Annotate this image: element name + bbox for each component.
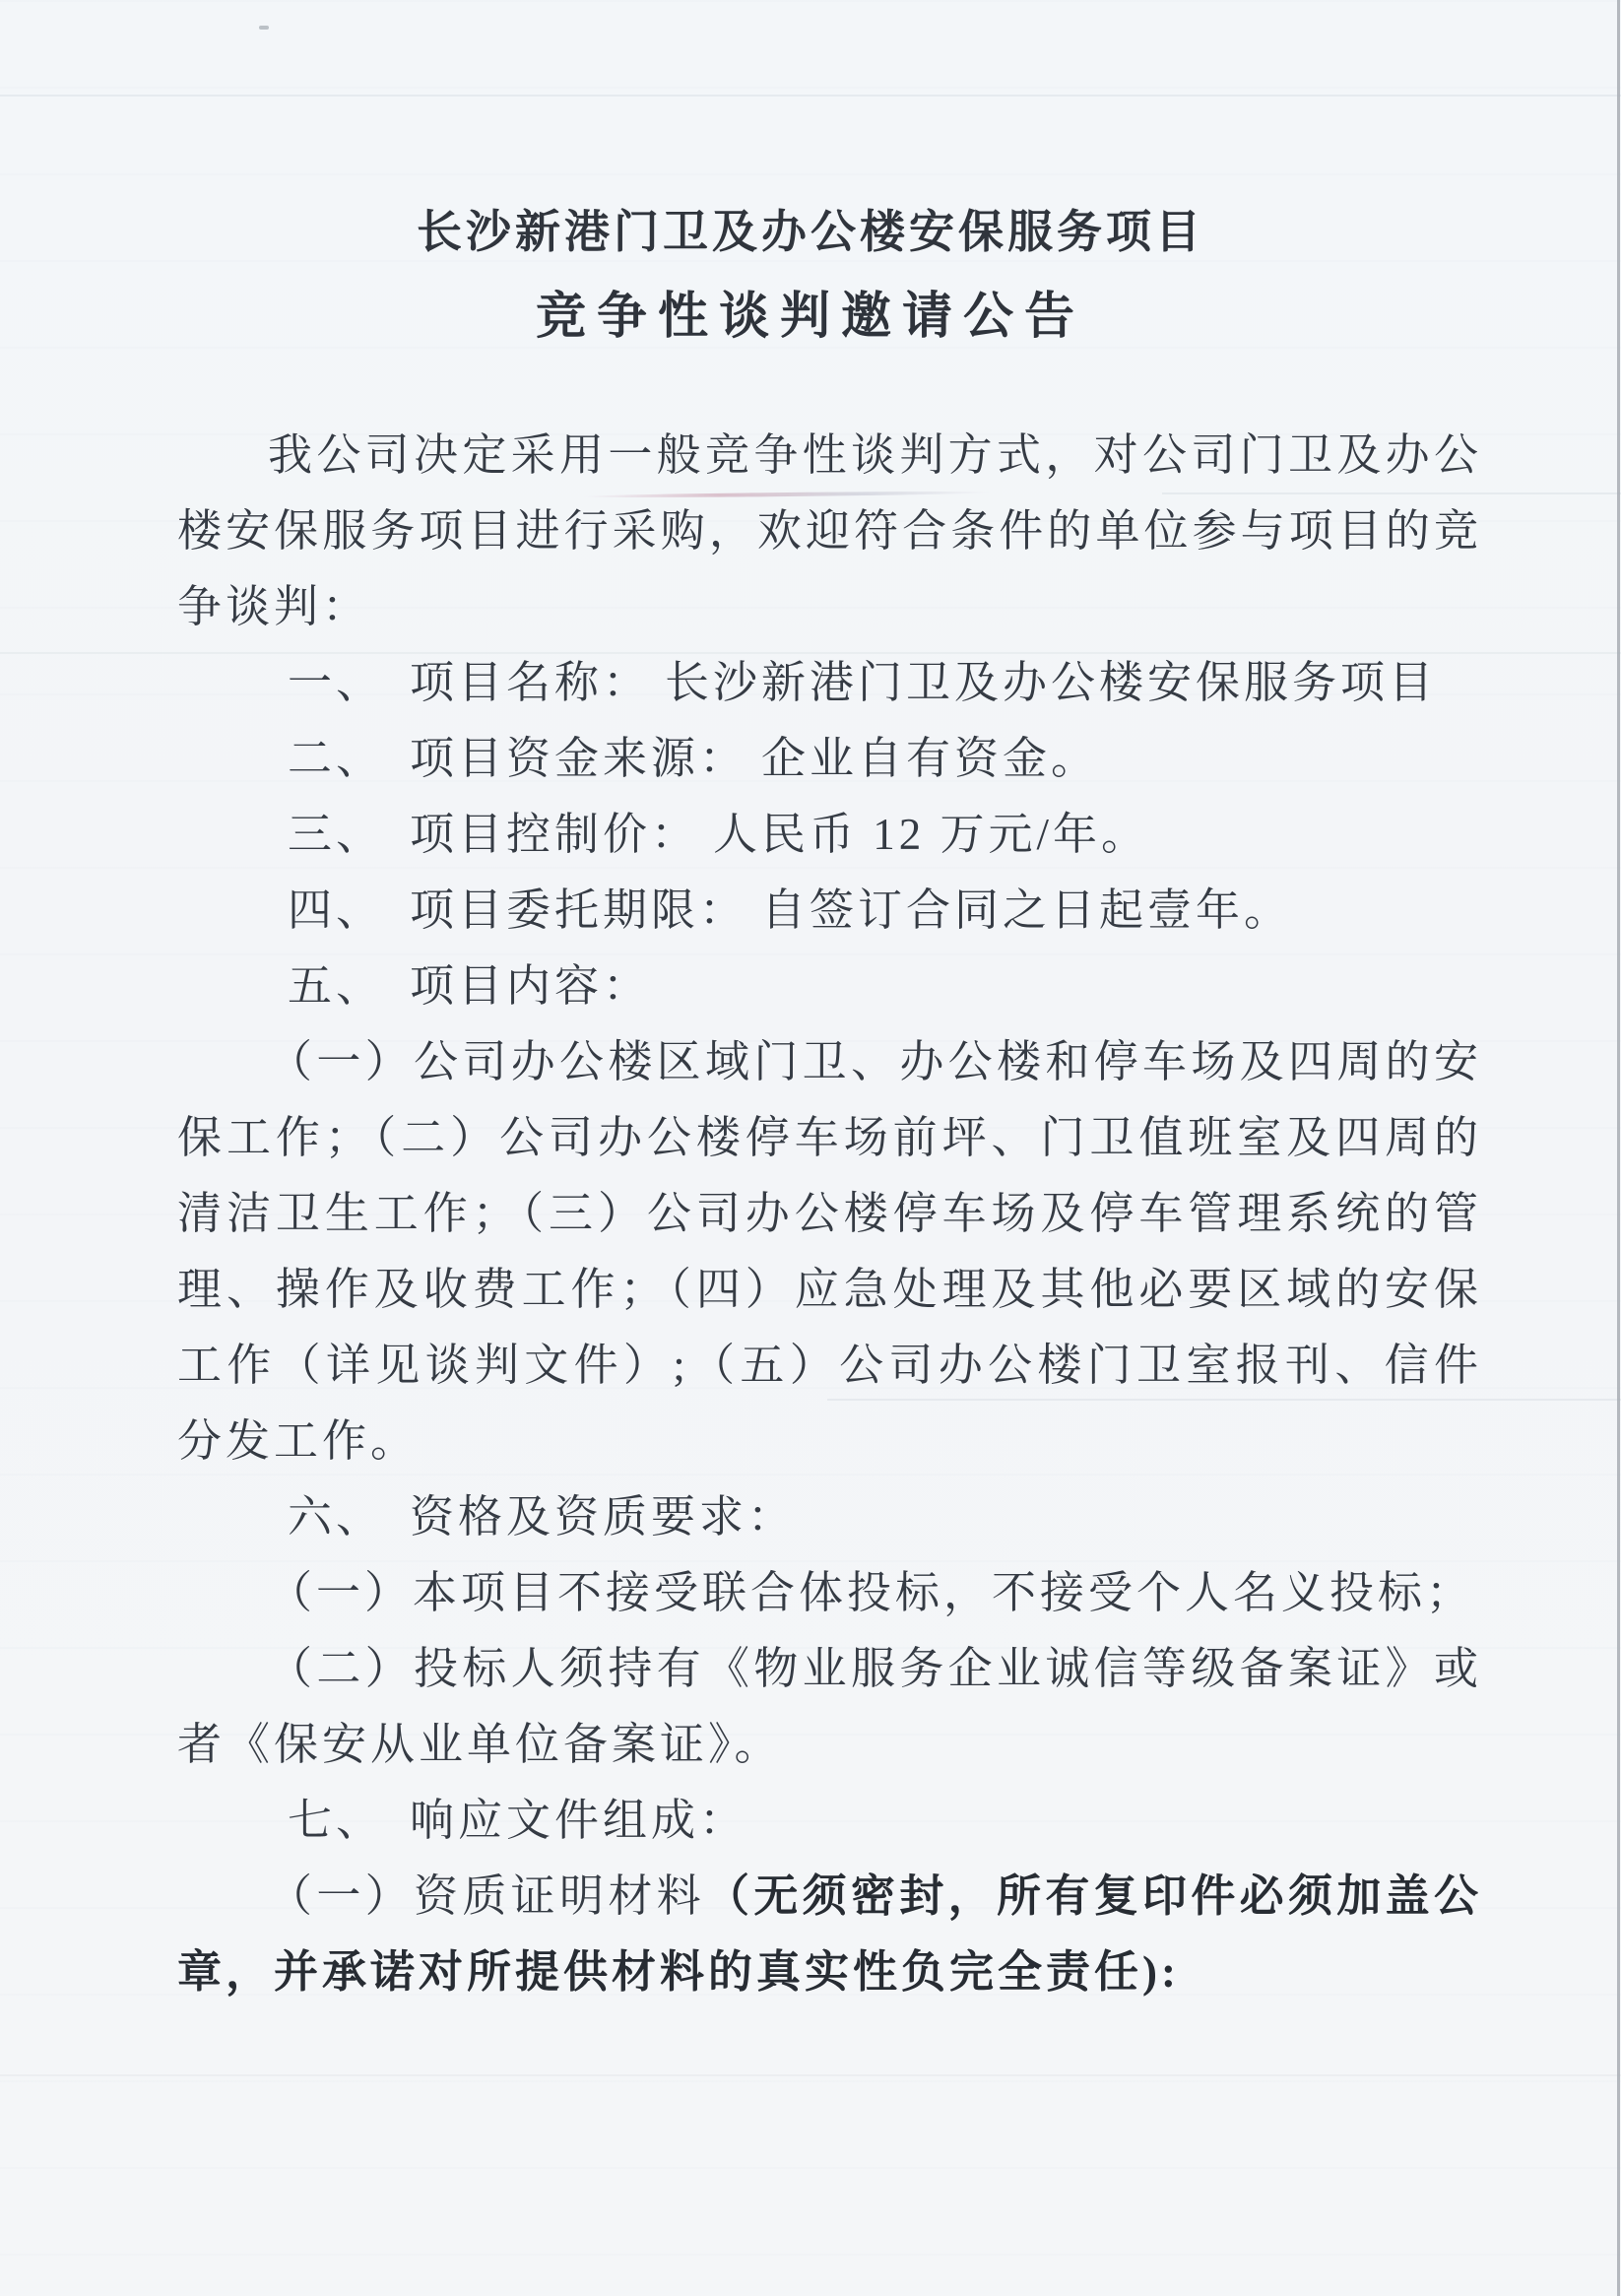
- item-number: 四、: [288, 873, 384, 949]
- qualification-clause-1: （一）本项目不接受联合体投标，不接受个人名义投标；: [177, 1555, 1482, 1631]
- scan-streak: [827, 1399, 1621, 1401]
- item-label: 项目控制价：: [410, 810, 699, 859]
- list-item-qualification-requirements: 六、资格及资质要求：: [177, 1479, 1482, 1555]
- item-number: 七、: [288, 1783, 384, 1859]
- item-value: 自签订合同之日起壹年。: [761, 886, 1292, 935]
- item-label: 响应文件组成：: [410, 1796, 747, 1845]
- item-label: 项目资金来源：: [410, 734, 747, 783]
- scan-streak: [0, 95, 1621, 97]
- scan-edge-artifact: [1617, 0, 1620, 2296]
- item-value: 长沙新港门卫及办公楼安保服务项目: [665, 658, 1437, 707]
- document-title: 长沙新港门卫及办公楼安保服务项目: [0, 203, 1621, 262]
- clause-normal-text: （一）资质证明材料: [268, 1871, 705, 1921]
- document-subtitle: 竞争性谈判邀请公告: [0, 286, 1621, 349]
- item-number: 五、: [288, 949, 384, 1024]
- list-item-response-documents: 七、响应文件组成：: [177, 1783, 1482, 1859]
- item-number: 三、: [288, 797, 384, 873]
- list-item-entrust-term: 四、项目委托期限：自签订合同之日起壹年。: [177, 873, 1482, 949]
- list-item-project-name: 一、项目名称：长沙新港门卫及办公楼安保服务项目: [177, 645, 1482, 721]
- document-body: 我公司决定采用一般竞争性谈判方式，对公司门卫及办公楼安保服务项目进行采购，欢迎符…: [177, 418, 1482, 2010]
- item-label: 项目委托期限：: [410, 886, 747, 935]
- item-label: 项目内容：: [410, 961, 651, 1011]
- scan-streak: [0, 652, 1621, 654]
- item-value: 人民币 12 万元/年。: [713, 810, 1149, 859]
- item-value: 企业自有资金。: [761, 734, 1099, 783]
- item-label: 资格及资质要求：: [410, 1492, 796, 1542]
- list-item-project-content: 五、项目内容：: [177, 949, 1482, 1024]
- scan-streak: [1162, 492, 1621, 494]
- scan-streak: [0, 2074, 1621, 2076]
- scanned-document-page: 长沙新港门卫及办公楼安保服务项目 竞争性谈判邀请公告 我公司决定采用一般竞争性谈…: [0, 0, 1621, 2296]
- scan-speck: [259, 26, 269, 30]
- intro-paragraph: 我公司决定采用一般竞争性谈判方式，对公司门卫及办公楼安保服务项目进行采购，欢迎符…: [177, 418, 1482, 645]
- project-content-detail-paragraph: （一）公司办公楼区域门卫、办公楼和停车场及四周的安保工作；（二）公司办公楼停车场…: [177, 1024, 1482, 1479]
- item-number: 二、: [288, 721, 384, 797]
- item-label: 项目名称：: [410, 658, 651, 707]
- list-item-control-price: 三、项目控制价：人民币 12 万元/年。: [177, 797, 1482, 873]
- item-number: 一、: [288, 645, 384, 721]
- item-number: 六、: [288, 1479, 384, 1555]
- qualification-clause-2: （二）投标人须持有《物业服务企业诚信等级备案证》或者《保安从业单位备案证》。: [177, 1631, 1482, 1783]
- list-item-funding-source: 二、项目资金来源：企业自有资金。: [177, 721, 1482, 797]
- response-documents-clause: （一）资质证明材料（无须密封，所有复印件必须加盖公章，并承诺对所提供材料的真实性…: [177, 1859, 1482, 2010]
